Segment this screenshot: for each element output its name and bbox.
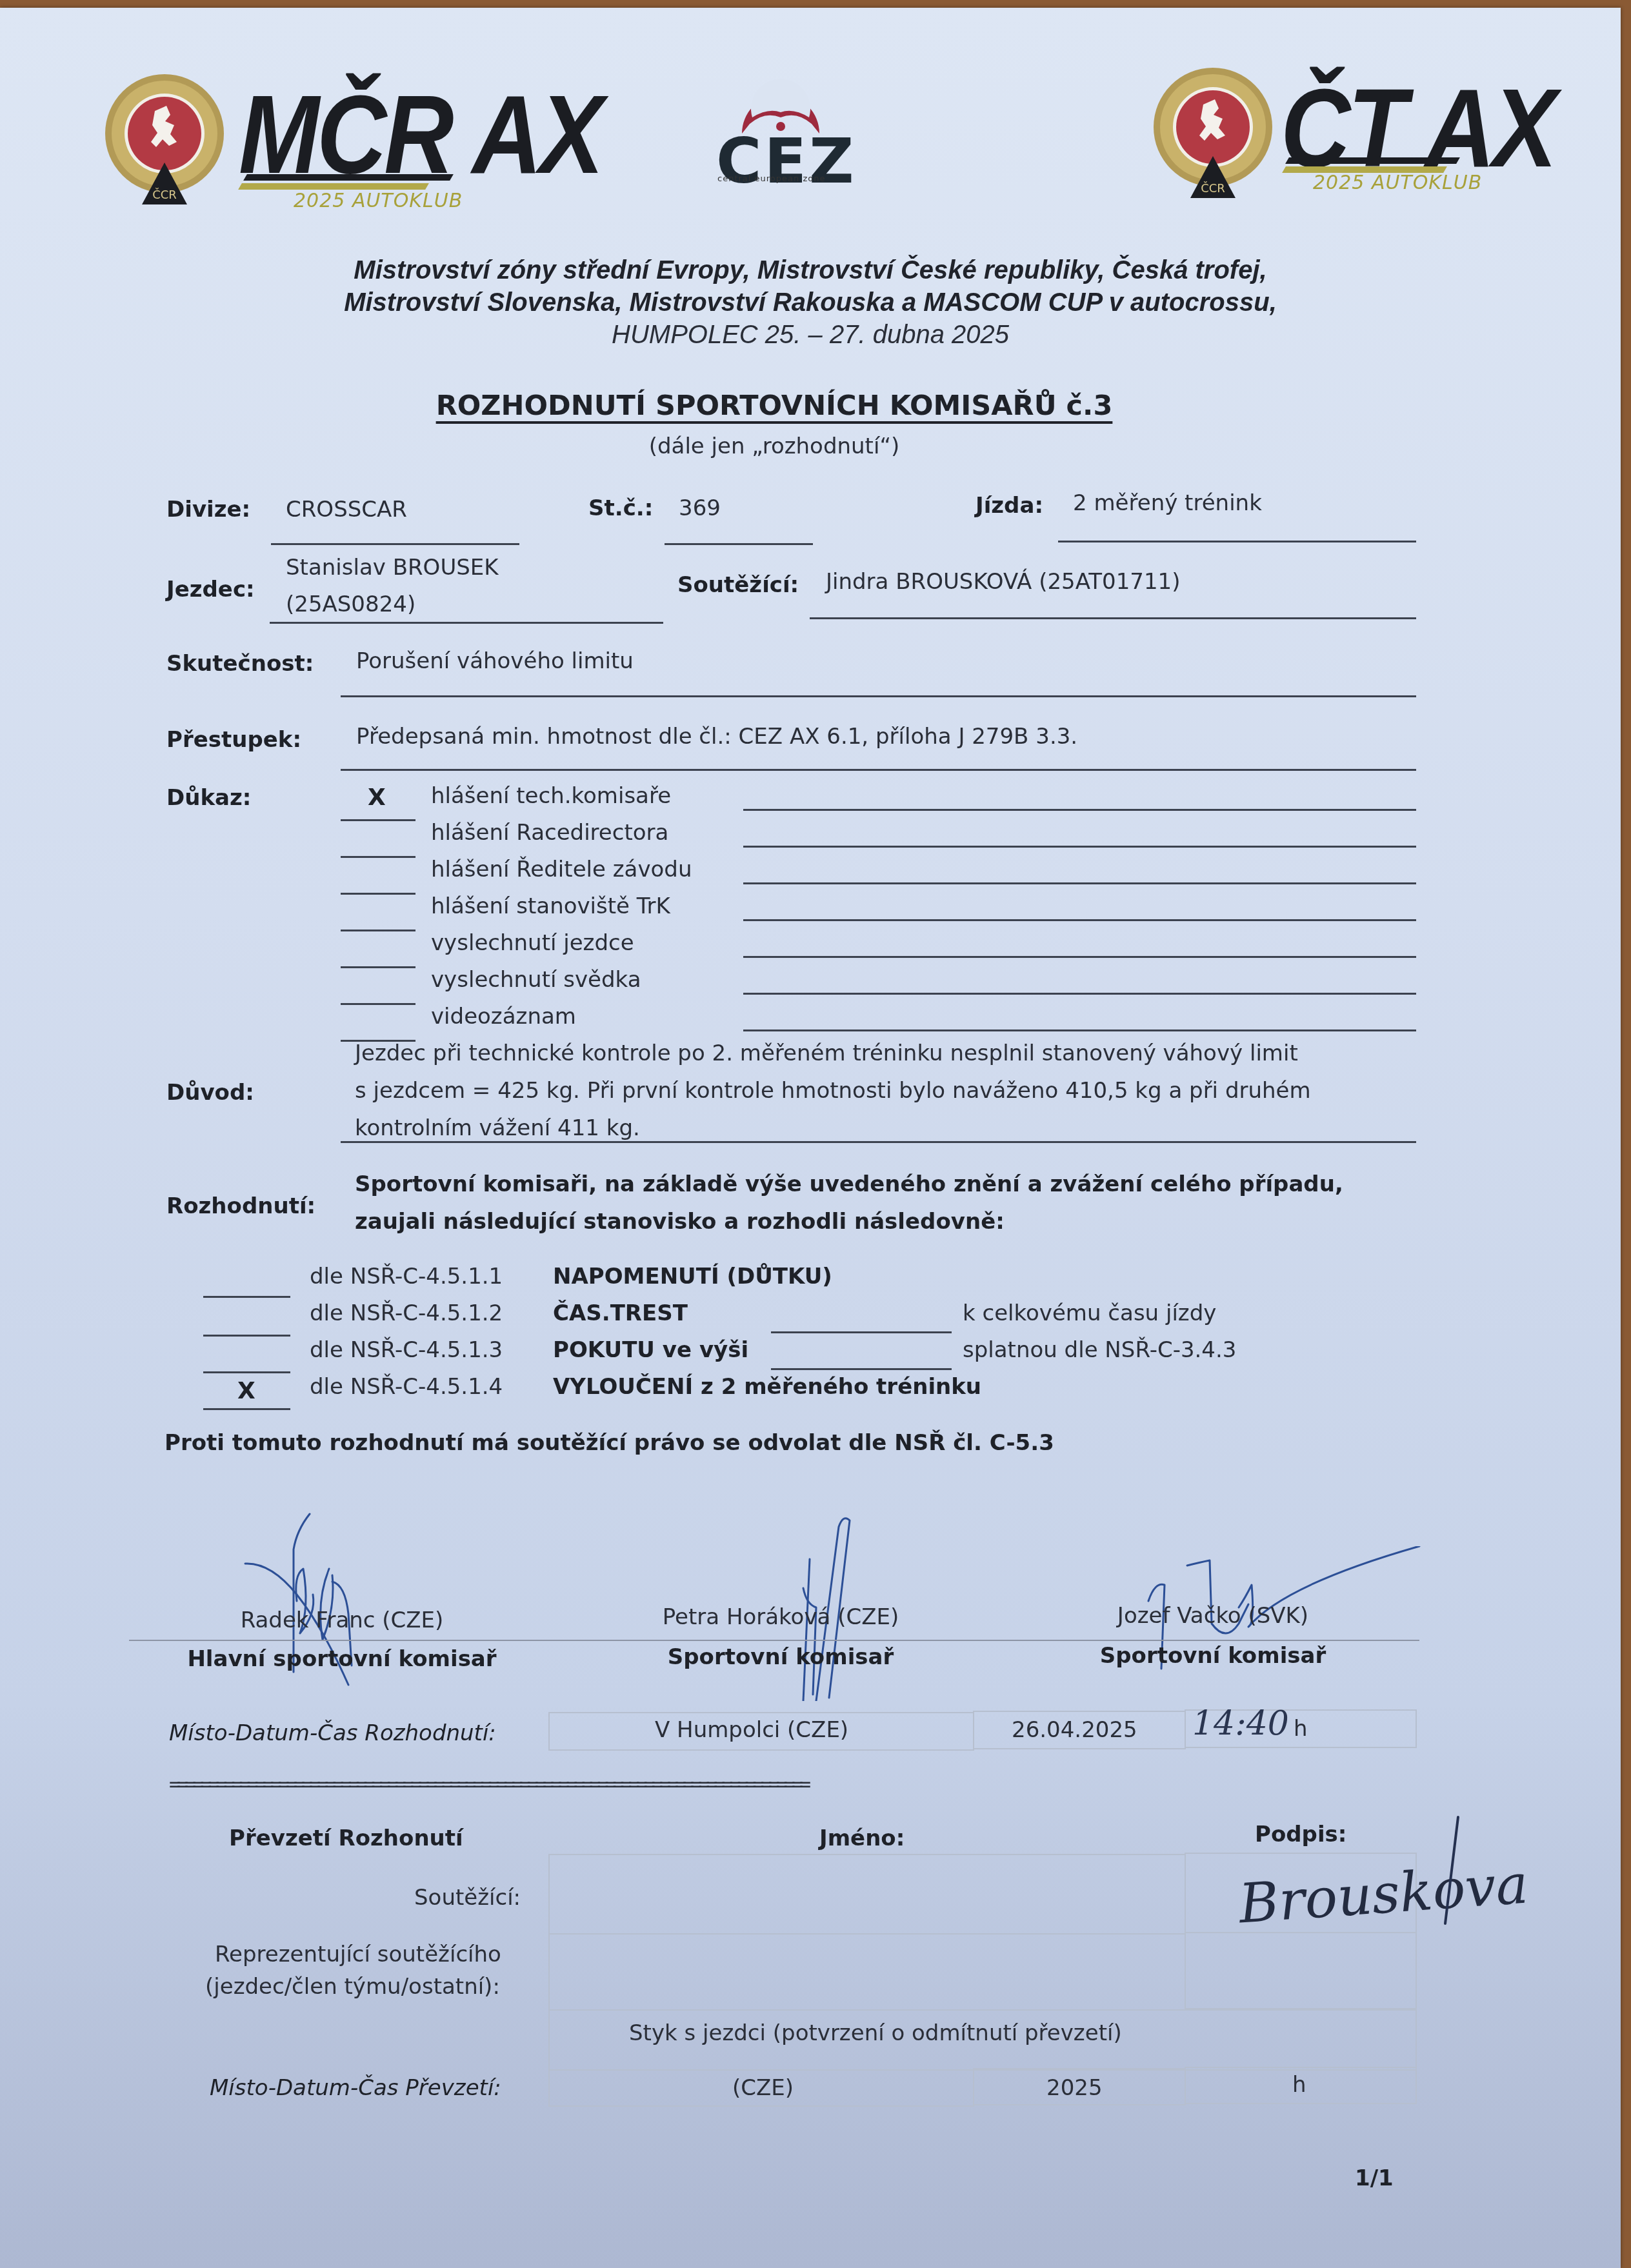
- evidence-note-line[interactable]: [743, 846, 1416, 848]
- logo-left-title: MČR AX: [239, 79, 601, 190]
- autoklub-badge-icon: ČCR: [103, 72, 226, 208]
- offence-label: Přestupek:: [166, 727, 301, 753]
- event-place-date: HUMPOLEC 25. – 27. dubna 2025: [0, 321, 1621, 350]
- division-value: CROSSCAR: [286, 497, 407, 522]
- receipt-competitor-label: Soutěžící:: [414, 1885, 521, 1911]
- division-label: Divize:: [166, 497, 250, 522]
- signatory-3-name: Jozef Vačko (SVK): [1052, 1603, 1374, 1629]
- decision-rule: dle NSŘ-C-4.5.1.3: [310, 1337, 503, 1363]
- reason-label: Důvod:: [166, 1080, 254, 1106]
- evidence-checkbox-line: [341, 856, 415, 858]
- receipt-competitor-name-cell[interactable]: [548, 1854, 1186, 1935]
- evidence-checkbox-line: [341, 893, 415, 895]
- logo-center-subtitle: central european zone: [717, 174, 825, 184]
- decision-checkbox[interactable]: X: [237, 1378, 255, 1404]
- evidence-checkbox[interactable]: X: [368, 784, 386, 811]
- decision-intro: Sportovní komisaři, na základě výše uved…: [355, 1166, 1343, 1240]
- signatory-3-role: Sportovní komisař: [1052, 1643, 1374, 1669]
- evidence-note-line[interactable]: [743, 1030, 1416, 1031]
- signatory-1-role: Hlavní sportovní komisař: [181, 1646, 503, 1672]
- fact-value: Porušení váhového limitu: [356, 648, 634, 674]
- driver-name: Stanislav BROUSEK: [286, 555, 499, 581]
- driver-label: Jezdec:: [166, 577, 255, 602]
- signatory-1-name: Radek Franc (CZE): [181, 1607, 503, 1633]
- evidence-item-label: videozáznam: [431, 1004, 576, 1030]
- receipt-signature-header: Podpis:: [1255, 1822, 1346, 1847]
- decision-amount-field[interactable]: [771, 1331, 952, 1333]
- receipt-representative-label-1: Reprezentující soutěžícího: [215, 1942, 501, 1967]
- decision-amount-field[interactable]: [771, 1368, 952, 1370]
- evidence-checkbox-line: [341, 1040, 415, 1042]
- competitor-label: Soutěžící:: [677, 572, 799, 598]
- division-underline: [271, 543, 519, 545]
- decision-intro-line-2: zaujali následující stanovisko a rozhodl…: [355, 1203, 1343, 1240]
- logo-left-stripe-gold: [238, 183, 429, 190]
- competitor-value: Jindra BROUSKOVÁ (25AT01711): [826, 569, 1181, 595]
- offence-underline: [341, 769, 1416, 771]
- evidence-note-line[interactable]: [743, 809, 1416, 811]
- evidence-item-label: hlášení stanoviště TrK: [431, 893, 670, 919]
- decision-checkbox-line: [203, 1296, 290, 1298]
- ride-value: 2 měřený trénink: [1073, 490, 1262, 516]
- evidence-item-label: hlášení Ředitele závodu: [431, 857, 692, 882]
- event-title-line-2: Mistrovství Slovenska, Mistrovství Rakou…: [0, 288, 1621, 317]
- decision-intro-line-1: Sportovní komisaři, na základě výše uved…: [355, 1166, 1343, 1203]
- reason-line-2: s jezdcem = 425 kg. Při první kontrole h…: [355, 1072, 1311, 1109]
- ride-label: Jízda:: [976, 493, 1043, 519]
- decision-suffix: splatnou dle NSŘ-C-3.4.3: [963, 1337, 1236, 1363]
- start-number-value: 369: [679, 495, 721, 521]
- decision-suffix: k celkovému času jízdy: [963, 1300, 1216, 1326]
- start-number-underline: [665, 543, 813, 545]
- evidence-checkbox-line: [341, 930, 415, 931]
- evidence-item-label: vyslechnutí svědka: [431, 967, 641, 993]
- page-number: 1/1: [1355, 2165, 1394, 2191]
- competitor-underline: [810, 617, 1416, 619]
- fact-label: Skutečnost:: [166, 651, 314, 677]
- evidence-checkbox-line: [341, 819, 415, 821]
- evidence-note-line[interactable]: [743, 956, 1416, 958]
- evidence-label: Důkaz:: [166, 785, 251, 811]
- evidence-item-label: hlášení tech.komisaře: [431, 783, 671, 809]
- fact-underline: [341, 695, 1416, 697]
- receipt-representative-label-2: (jezdec/člen týmu/ostatní):: [205, 1974, 500, 2000]
- driver-underline: [270, 622, 663, 624]
- offence-value: Předepsaná min. hmotnost dle čl.: CEZ AX…: [356, 724, 1077, 750]
- decision-time-suffix: h: [1294, 1716, 1308, 1742]
- driver-license: (25AS0824): [286, 592, 415, 617]
- signatory-2-name: Petra Horáková (CZE): [619, 1604, 942, 1630]
- logo-right-stripe: [1285, 157, 1460, 164]
- reason-line-1: Jezdec při technické kontrole po 2. měře…: [355, 1035, 1311, 1072]
- reason-text: Jezdec při technické kontrole po 2. měře…: [355, 1035, 1311, 1147]
- evidence-item-label: vyslechnutí jezdce: [431, 930, 634, 956]
- svg-text:ČCR: ČCR: [152, 188, 177, 202]
- logo-right-subtitle: 2025 AUTOKLUB: [1313, 172, 1482, 194]
- signature-flourish-icon: [1439, 1814, 1465, 1930]
- appeal-notice: Proti tomuto rozhodnutí má soutěžící prá…: [165, 1430, 1054, 1456]
- start-number-label: St.č.:: [588, 495, 653, 521]
- receipt-representative-signature-cell[interactable]: [1185, 1932, 1417, 2009]
- signature-baseline: [129, 1640, 1419, 1641]
- document-page: ČCR MČR AX 2025 AUTOKLUB CEZ central eur…: [0, 8, 1621, 2268]
- decision-label: Rozhodnutí:: [166, 1193, 315, 1219]
- page-title: ROZHODNUTÍ SPORTOVNÍCH KOMISAŘŮ č.3: [0, 390, 1548, 422]
- decision-penalty: NAPOMENUTÍ (DŮTKU): [553, 1264, 832, 1289]
- decision-date-value: 26.04.2025: [1012, 1717, 1137, 1743]
- evidence-checkbox-line: [341, 1003, 415, 1005]
- receipt-name-header: Jméno:: [819, 1825, 905, 1851]
- receipt-time-suffix: h: [1292, 2072, 1306, 2098]
- decision-penalty: ČAS.TREST: [553, 1300, 688, 1326]
- receipt-date-value: 2025: [1046, 2075, 1103, 2101]
- page-subtitle: (dále jen „rozhodnutí“): [0, 433, 1548, 459]
- svg-text:ČCR: ČCR: [1201, 181, 1225, 195]
- decision-place-value: V Humpolci (CZE): [655, 1717, 848, 1743]
- decision-rule: dle NSŘ-C-4.5.1.2: [310, 1300, 503, 1326]
- receipt-representative-name-cell[interactable]: [548, 1933, 1186, 2011]
- decision-checkbox-line: [203, 1335, 290, 1337]
- logo-left-subtitle: 2025 AUTOKLUB: [294, 190, 463, 212]
- evidence-item-label: hlášení Racedirectora: [431, 820, 668, 846]
- evidence-note-line[interactable]: [743, 882, 1416, 884]
- ride-underline: [1058, 541, 1416, 542]
- decision-rule: dle NSŘ-C-4.5.1.1: [310, 1264, 503, 1289]
- logo-left-stripe: [243, 174, 454, 181]
- receipt-contact-note: Styk s jezdci (potvrzení o odmítnutí pře…: [629, 2020, 1122, 2046]
- receipt-place-value: (CZE): [732, 2075, 794, 2101]
- section-separator: ========================================…: [169, 1775, 1388, 1795]
- event-title-line-1: Mistrovství zóny střední Evropy, Mistrov…: [0, 256, 1621, 285]
- signatory-2-role: Sportovní komisař: [619, 1644, 942, 1670]
- decision-time-handwritten: 14:40: [1192, 1704, 1289, 1743]
- decision-rule: dle NSŘ-C-4.5.1.4: [310, 1374, 503, 1400]
- reason-underline: [341, 1141, 1416, 1143]
- evidence-checkbox-line: [341, 966, 415, 968]
- decision-checkbox-line: [203, 1371, 290, 1373]
- decision-penalty: VYLOUČENÍ z 2 měřeného tréninku: [553, 1374, 981, 1400]
- decision-checkbox-line: [203, 1408, 290, 1410]
- evidence-note-line[interactable]: [743, 993, 1416, 995]
- evidence-note-line[interactable]: [743, 919, 1416, 921]
- decision-penalty: POKUTU ve výši: [553, 1337, 748, 1363]
- autoklub-badge-icon: ČCR: [1152, 66, 1274, 201]
- decision-place-time-label: Místo-Datum-Čas Rozhodnutí:: [169, 1720, 496, 1746]
- receipt-place-time-label: Místo-Datum-Čas Převzetí:: [210, 2075, 501, 2101]
- receipt-heading: Převzetí Rozhonutí: [229, 1825, 463, 1851]
